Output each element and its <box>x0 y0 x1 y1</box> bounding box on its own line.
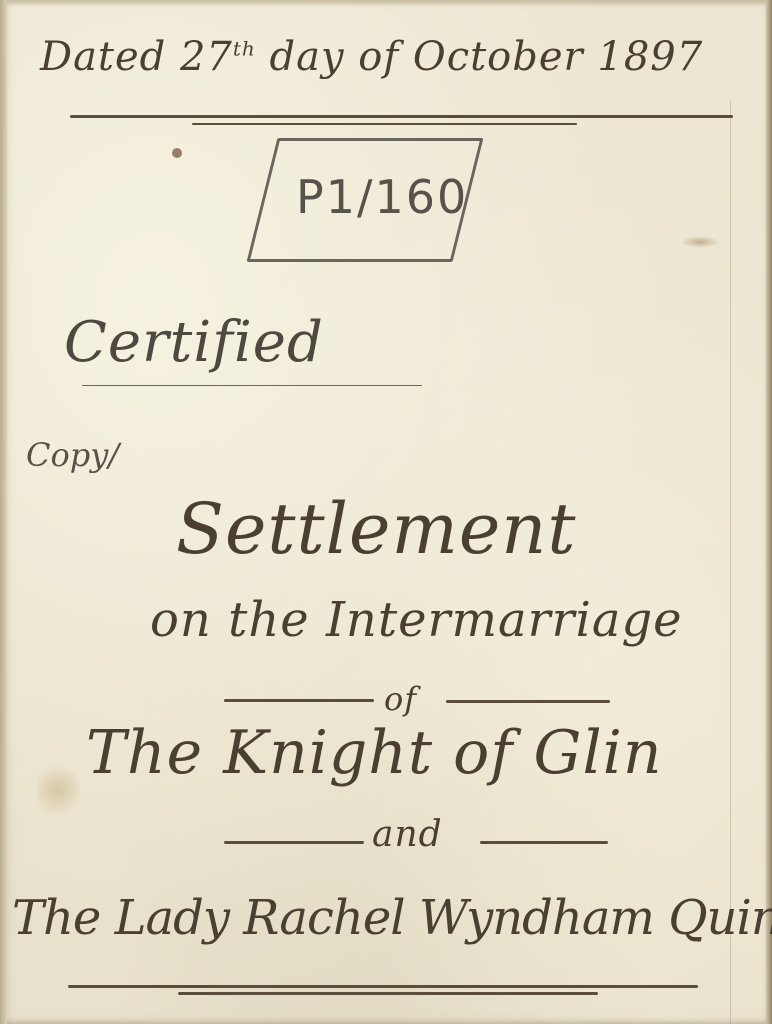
paper-fold-line <box>730 100 731 1024</box>
bottom-rule-long <box>68 985 698 988</box>
stain-mark <box>680 236 720 248</box>
connector-of: of <box>384 680 417 718</box>
and-rule-right <box>480 841 608 844</box>
paper-left-edge <box>0 0 7 1024</box>
top-rule-short <box>192 123 577 125</box>
stain-mark <box>172 148 182 158</box>
of-rule-left <box>224 699 374 702</box>
certified-underline <box>82 385 422 386</box>
reference-number: P1/160 <box>296 170 468 224</box>
paper-right-edge <box>766 0 772 1024</box>
certified-label: Certified <box>64 310 324 375</box>
dated-superscript: th <box>233 37 256 61</box>
dated-line: Dated 27th day of October 1897 <box>40 34 703 80</box>
bottom-rule-short <box>178 992 598 995</box>
document-title: Settlement <box>176 488 576 570</box>
paper-top-edge <box>0 0 772 6</box>
document-page: Dated 27th day of October 1897 P1/160 Ce… <box>0 0 772 1024</box>
top-rule-long <box>70 115 733 118</box>
connector-and: and <box>372 814 443 855</box>
copy-note: Copy/ <box>26 436 119 474</box>
dated-prefix: Dated 27 <box>40 34 233 80</box>
and-rule-left <box>224 841 364 844</box>
party-two-name: The Lady Rachel Wyndham Quin <box>12 890 772 946</box>
party-one-name: The Knight of Glin <box>86 718 663 788</box>
document-subtitle: on the Intermarriage <box>150 592 683 648</box>
stain-mark <box>36 760 80 820</box>
of-rule-right <box>446 700 610 703</box>
dated-suffix: day of October 1897 <box>270 34 704 80</box>
